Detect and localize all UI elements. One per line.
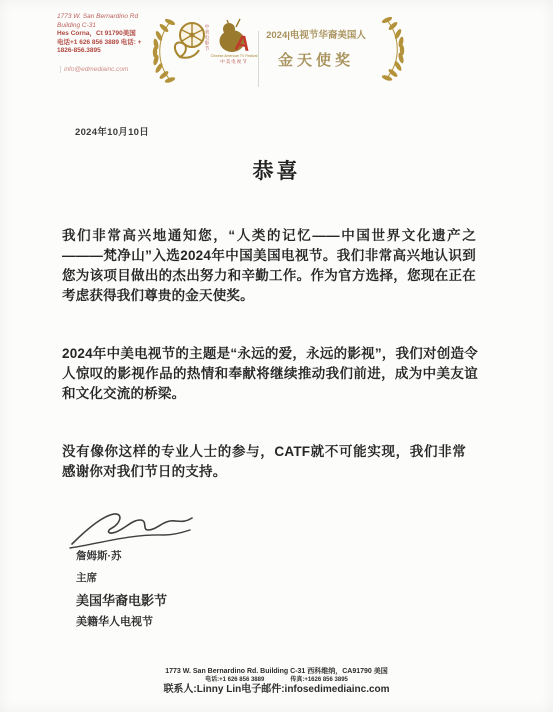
signer-name: 詹姆斯·苏 [76,548,122,563]
signer-org-film-festival: 美国华裔电影节 [76,590,167,609]
award-name-line: 金天使奖 [260,49,372,70]
footer-phone: 电话:+1 626 856 3889 [205,677,264,683]
header-divider [258,31,259,87]
signer-org-tv-festival: 美籍华人电视节 [76,613,153,629]
film-festival-caption: 中美电影节 [205,24,210,52]
film-festival-emblem [170,20,210,64]
letter-page: 1773 W. San Bernardino Rd Building C-31 … [0,0,553,712]
film-reel-icon [171,20,209,64]
letter-paragraph-3: 没有像你这样的专业人士的参与，CATF就不可能实现，我们非常感谢你对我们节日的支… [62,442,466,482]
letter-paragraph-1: 我们非常高兴地通知您，“人类的记忆——中国世界文化遗产之———梵净山”入选202… [62,226,476,306]
laurel-right-icon [379,13,413,83]
footer-address: 1773 W. San Bernardino Rd. Building C-31… [0,667,553,676]
contact-email-link: info@edmediainc.com [60,66,128,73]
letter-footer: 1773 W. San Bernardino Rd. Building C-31… [0,667,553,696]
footer-contact-line: 联系人:Linny Lin电子邮件:infosedimediainc.com [0,684,553,696]
letter-date: 2024年10月10日 [75,124,149,138]
award-title-block: 2024|电视节华裔美国人 金天使奖 [260,27,372,70]
letter-title: 恭喜 [0,155,553,185]
award-festival-line: 2024|电视节华裔美国人 [260,27,372,41]
footer-fax: 传真:+1626 856 3895 [290,677,348,683]
tv-festival-caption-cn: 中美电视节 [220,59,248,65]
tv-festival-logo-icon: A [215,18,253,54]
signer-title: 主席 [76,570,97,585]
signature-scribble [68,504,198,552]
svg-text:A: A [233,31,251,54]
letter-paragraph-2: 2024年中美电视节的主题是“永远的爱，永远的影视”，我们对创造令人惊叹的影视作… [62,344,478,404]
tv-festival-emblem: A Chinese American TV Festival 中美电视节 [212,18,256,65]
footer-phones: 电话:+1 626 856 3889传真:+1626 856 3895 [0,676,553,684]
